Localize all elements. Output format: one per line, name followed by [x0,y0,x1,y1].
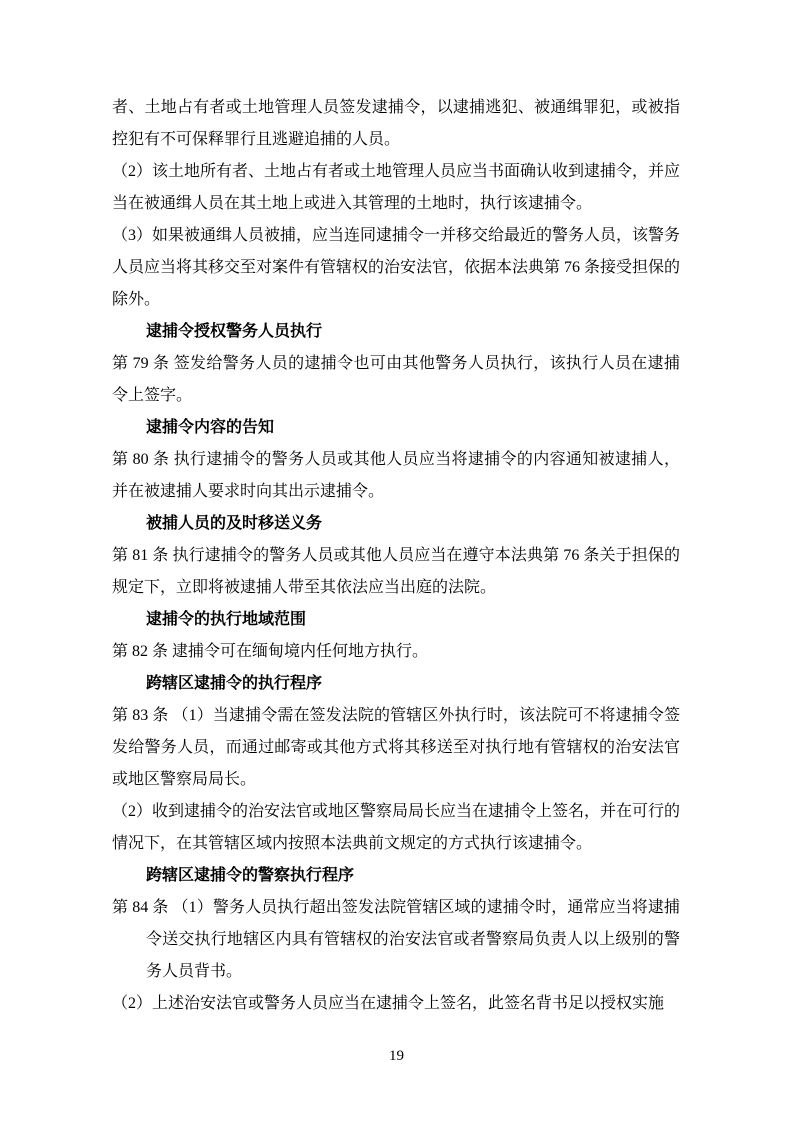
document-page: 者、土地占有者或土地管理人员签发逮捕令，以逮捕逃犯、被通缉罪犯，或被指控犯有不可… [0,0,793,1122]
paragraph: 第 81 条 执行逮捕令的警务人员或其他人员应当在遵守本法典第 76 条关于担保… [112,540,680,604]
paragraph: 者、土地占有者或土地管理人员签发逮捕令，以逮捕逃犯、被通缉罪犯，或被指控犯有不可… [112,92,680,156]
section-heading: 逮捕令的执行地域范围 [112,604,680,636]
paragraph: （2）上述治安法官或警务人员应当在逮捕令上签名，此签名背书足以授权实施 [112,988,680,1020]
document-body: 者、土地占有者或土地管理人员签发逮捕令，以逮捕逃犯、被通缉罪犯，或被指控犯有不可… [112,92,680,1020]
section-heading: 被捕人员的及时移送义务 [112,508,680,540]
paragraph: 第 84 条 （1）警务人员执行超出签发法院管辖区域的逮捕令时，通常应当将逮捕令… [112,892,680,988]
paragraph: 第 82 条 逮捕令可在缅甸境内任何地方执行。 [112,636,680,668]
paragraph: （2）收到逮捕令的治安法官或地区警察局局长应当在逮捕令上签名，并在可行的情况下，… [112,796,680,860]
section-heading: 跨辖区逮捕令的警察执行程序 [112,860,680,892]
paragraph: （2）该土地所有者、土地占有者或土地管理人员应当书面确认收到逮捕令，并应当在被通… [112,156,680,220]
paragraph: （3）如果被通缉人员被捕，应当连同逮捕令一并移交给最近的警务人员，该警务人员应当… [112,220,680,316]
paragraph: 第 80 条 执行逮捕令的警务人员或其他人员应当将逮捕令的内容通知被逮捕人，并在… [112,444,680,508]
section-heading: 跨辖区逮捕令的执行程序 [112,668,680,700]
page-number: 19 [0,1046,793,1066]
paragraph: 第 79 条 签发给警务人员的逮捕令也可由其他警务人员执行，该执行人员在逮捕令上… [112,348,680,412]
section-heading: 逮捕令授权警务人员执行 [112,316,680,348]
paragraph: 第 83 条 （1）当逮捕令需在签发法院的管辖区外执行时，该法院可不将逮捕令签发… [112,700,680,796]
section-heading: 逮捕令内容的告知 [112,412,680,444]
